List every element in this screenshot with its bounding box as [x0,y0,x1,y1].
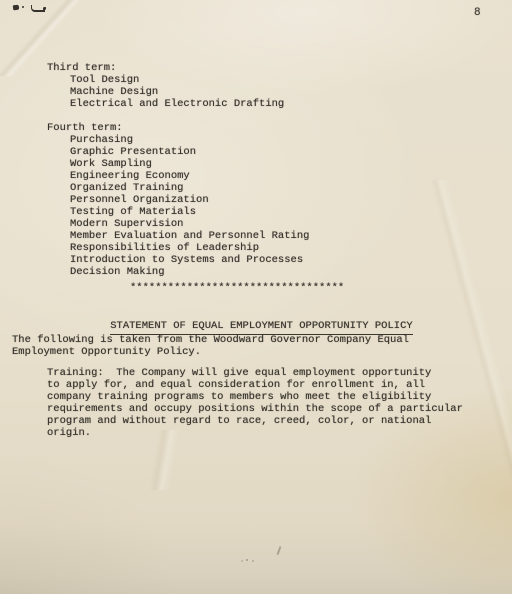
list-item: Engineering Economy [70,170,309,182]
third-term-heading: Third term: [47,62,116,74]
fourth-term-heading: Fourth term: [47,122,123,134]
document-page: 8 Third term: Tool DesignMachine DesignE… [0,0,512,594]
policy-intro-paragraph: The following is taken from the Woodward… [12,334,409,358]
list-item: Electrical and Electronic Drafting [70,98,284,110]
list-item: The following is taken from the Woodward… [12,334,409,346]
page-number: 8 [474,7,481,20]
list-item: program and without regard to race, cree… [47,415,463,427]
list-item: origin. [47,427,463,439]
paper-crease [60,430,260,490]
list-item: requirements and occupy positions within… [47,403,463,415]
list-item: company training programs to members who… [47,391,463,403]
faint-pencil-smudge [246,559,248,561]
pencil-dot-mark [22,6,24,8]
faint-pencil-slash [277,546,281,555]
list-item: Tool Design [70,74,284,86]
pencil-blob-mark [13,5,20,11]
list-item: Machine Design [70,86,284,98]
list-item: Employment Opportunity Policy. [12,346,409,358]
list-item: Graphic Presentation [70,146,309,158]
list-item: Responsibilities of Leadership [70,242,309,254]
third-term-list: Tool DesignMachine DesignElectrical and … [70,74,284,110]
training-paragraph: Training: The Company will give equal em… [47,367,463,439]
list-item: Modern Supervision [70,218,309,230]
list-item: Decision Making [70,266,309,278]
policy-heading-text: STATEMENT OF EQUAL EMPLOYMENT OPPORTUNIT… [110,320,412,335]
pencil-scribble-icon [0,0,55,16]
asterisk-separator: ********************************** [130,282,344,294]
pencil-squiggle-tip [43,7,46,10]
list-item: Work Sampling [70,158,309,170]
list-item: Organized Training [70,182,309,194]
list-item: Member Evaluation and Personnel Rating [70,230,309,242]
list-item: Training: The Company will give equal em… [47,367,463,379]
fourth-term-list: PurchasingGraphic PresentationWork Sampl… [70,134,309,278]
list-item: Purchasing [70,134,309,146]
list-item: Testing of Materials [70,206,309,218]
list-item: Personnel Organization [70,194,309,206]
list-item: Introduction to Systems and Processes [70,254,309,266]
list-item: to apply for, and equal consideration fo… [47,379,463,391]
